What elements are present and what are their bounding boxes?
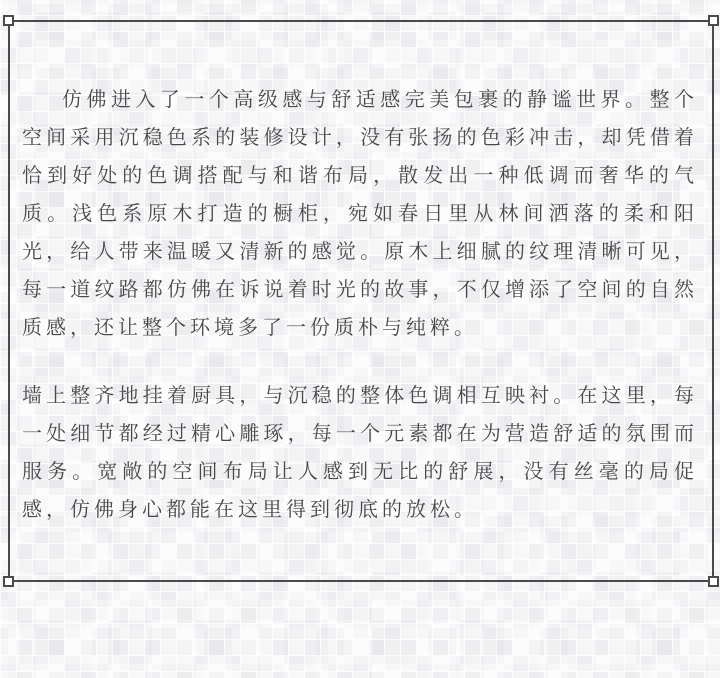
page-background: { "colors": { "background": "#fcfcfd", "… xyxy=(0,0,720,678)
paragraph-2: 墙上整齐地挂着厨具，与沉稳的整体色调相互映衬。在这里，每一处细节都经过精心雕琢，… xyxy=(22,377,698,529)
resize-handle-top-right[interactable] xyxy=(708,15,719,26)
resize-handle-bottom-left[interactable] xyxy=(3,576,14,587)
resize-handle-top-left[interactable] xyxy=(3,15,14,26)
paragraph-1: 仿佛进入了一个高级感与舒适感完美包裹的静谧世界。整个空间采用沉稳色系的装修设计，… xyxy=(22,81,698,347)
resize-handle-bottom-right[interactable] xyxy=(708,576,719,587)
text-block: 仿佛进入了一个高级感与舒适感完美包裹的静谧世界。整个空间采用沉稳色系的装修设计，… xyxy=(22,81,698,529)
